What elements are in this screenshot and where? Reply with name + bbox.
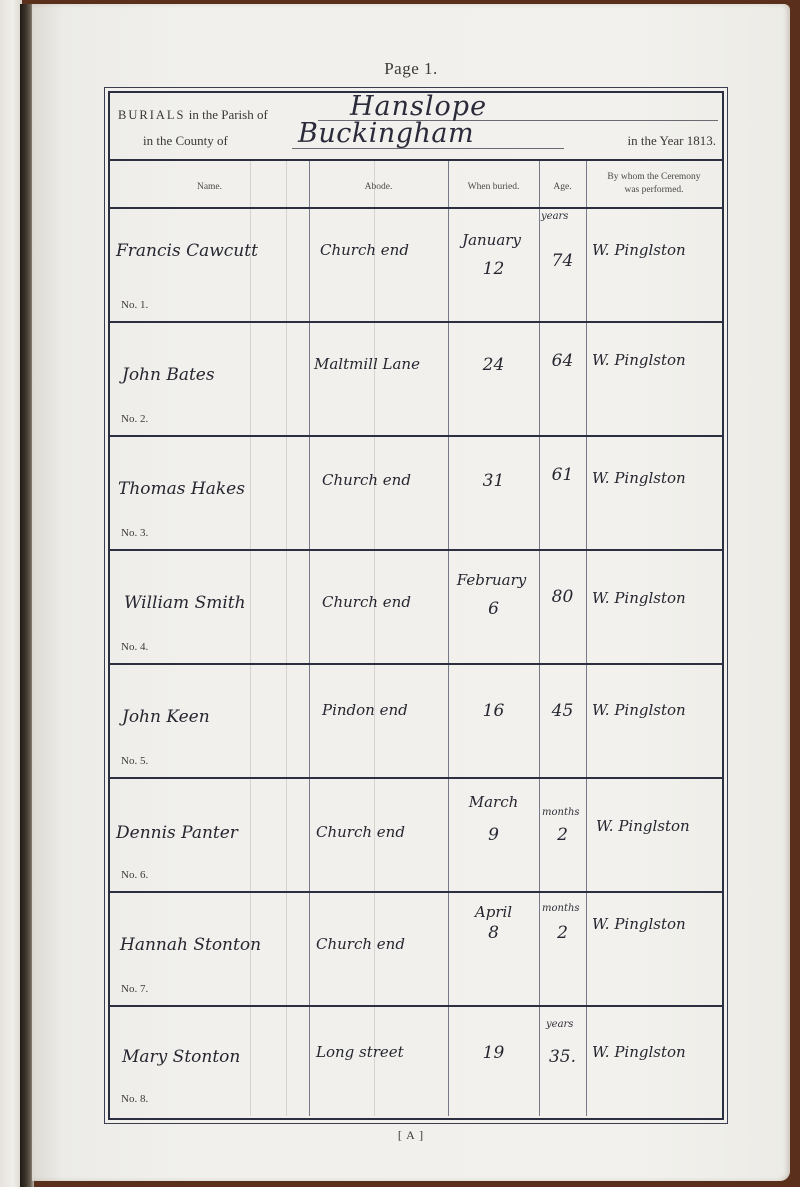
entry-abode: Church end [320,241,409,259]
entry-number: No. 7. [121,983,148,995]
entry-month: March [448,793,539,811]
entry-officiant: W. Pinglston [592,701,686,719]
entry-age: 64 [539,351,586,371]
entry-officiant: W. Pinglston [592,351,686,369]
title-line-county: in the County of [143,133,228,149]
entry-name: John Bates [122,365,215,385]
entry-month: April [448,903,539,921]
entry-age: 61 [539,465,586,485]
entry-number: No. 1. [121,299,148,311]
page-number: Page 1. [32,59,790,79]
column-header-abode: Abode. [309,181,448,194]
entry-abode: Church end [316,823,405,841]
entry-abode: Church end [316,935,405,953]
title-line-parish: BURIALS in the Parish of [118,107,268,123]
column-header-when-buried: When buried. [448,181,539,194]
entry-day: 19 [448,1043,539,1063]
entry-number: No. 5. [121,755,148,767]
column-header-age: Age. [539,181,586,194]
column-header-officiant: By whom the Ceremony was performed. [586,171,722,197]
entry-age: 74 [539,251,586,271]
county-name: Buckingham [298,118,474,149]
entry-day: 12 [448,259,539,279]
entry-abode: Pindon end [322,701,408,719]
table-row: Thomas Hakes Church end 31 61 W. Pinglst… [110,437,722,550]
entry-name: John Keen [122,707,210,727]
entry-age: 2 [539,825,586,845]
entry-abode: Maltmill Lane [314,355,420,373]
entry-day: 9 [448,825,539,845]
entry-day: 8 [448,923,539,943]
table-row: Dennis Panter Church end March 9 months … [110,779,722,892]
table-row: William Smith Church end February 6 80 W… [110,551,722,664]
register-year: in the Year 1813. [628,133,716,149]
entry-officiant: W. Pinglston [592,241,686,259]
table-row: Mary Stonton Long street 19 years 35. W.… [110,1007,722,1115]
table-row: Hannah Stonton Church end April 8 months… [110,893,722,1006]
entry-day: 16 [448,701,539,721]
signature-mark: [ A ] [32,1128,790,1143]
entry-name: William Smith [124,593,246,613]
entry-abode: Church end [322,593,411,611]
entry-month: January [446,231,537,249]
entry-age: 80 [539,587,586,607]
entry-age: 45 [539,701,586,721]
table-row: Francis Cawcutt Church end January 12 ye… [110,209,722,322]
entry-number: No. 6. [121,869,148,881]
entry-month: February [444,571,539,589]
entry-abode: Church end [322,471,411,489]
entry-age: 35. [539,1047,586,1067]
entry-age: 2 [539,923,586,943]
facing-page-edge [0,0,22,1187]
entry-age-unit: months [542,903,580,914]
entry-officiant: W. Pinglston [592,589,686,607]
entry-officiant: W. Pinglston [596,817,690,835]
entry-age-unit: years [546,1019,573,1030]
entry-age-unit: years [541,211,568,222]
entry-number: No. 4. [121,641,148,653]
entry-age-unit: months [542,807,580,818]
entry-officiant: W. Pinglston [592,1043,686,1061]
column-header-name: Name. [110,181,309,194]
entry-name: Mary Stonton [122,1047,240,1067]
entry-day: 24 [448,355,539,375]
entry-officiant: W. Pinglston [592,915,686,933]
entry-number: No. 3. [121,527,148,539]
entry-name: Dennis Panter [116,823,238,843]
entry-name: Thomas Hakes [118,479,245,499]
table-row: John Keen Pindon end 16 45 W. Pinglston … [110,665,722,778]
entry-day: 6 [448,599,539,619]
header-rule-top [110,159,722,161]
entry-name: Hannah Stonton [120,935,261,955]
burial-register-table: BURIALS in the Parish of Hanslope in the… [108,91,724,1120]
entry-abode: Long street [316,1043,404,1061]
entry-day: 31 [448,471,539,491]
entry-number: No. 2. [121,413,148,425]
entry-number: No. 8. [121,1093,148,1105]
table-row: John Bates Maltmill Lane 24 64 W. Pingls… [110,323,722,436]
register-title: BURIALS in the Parish of Hanslope in the… [110,93,722,159]
entry-officiant: W. Pinglston [592,469,686,487]
entry-name: Francis Cawcutt [116,241,258,261]
